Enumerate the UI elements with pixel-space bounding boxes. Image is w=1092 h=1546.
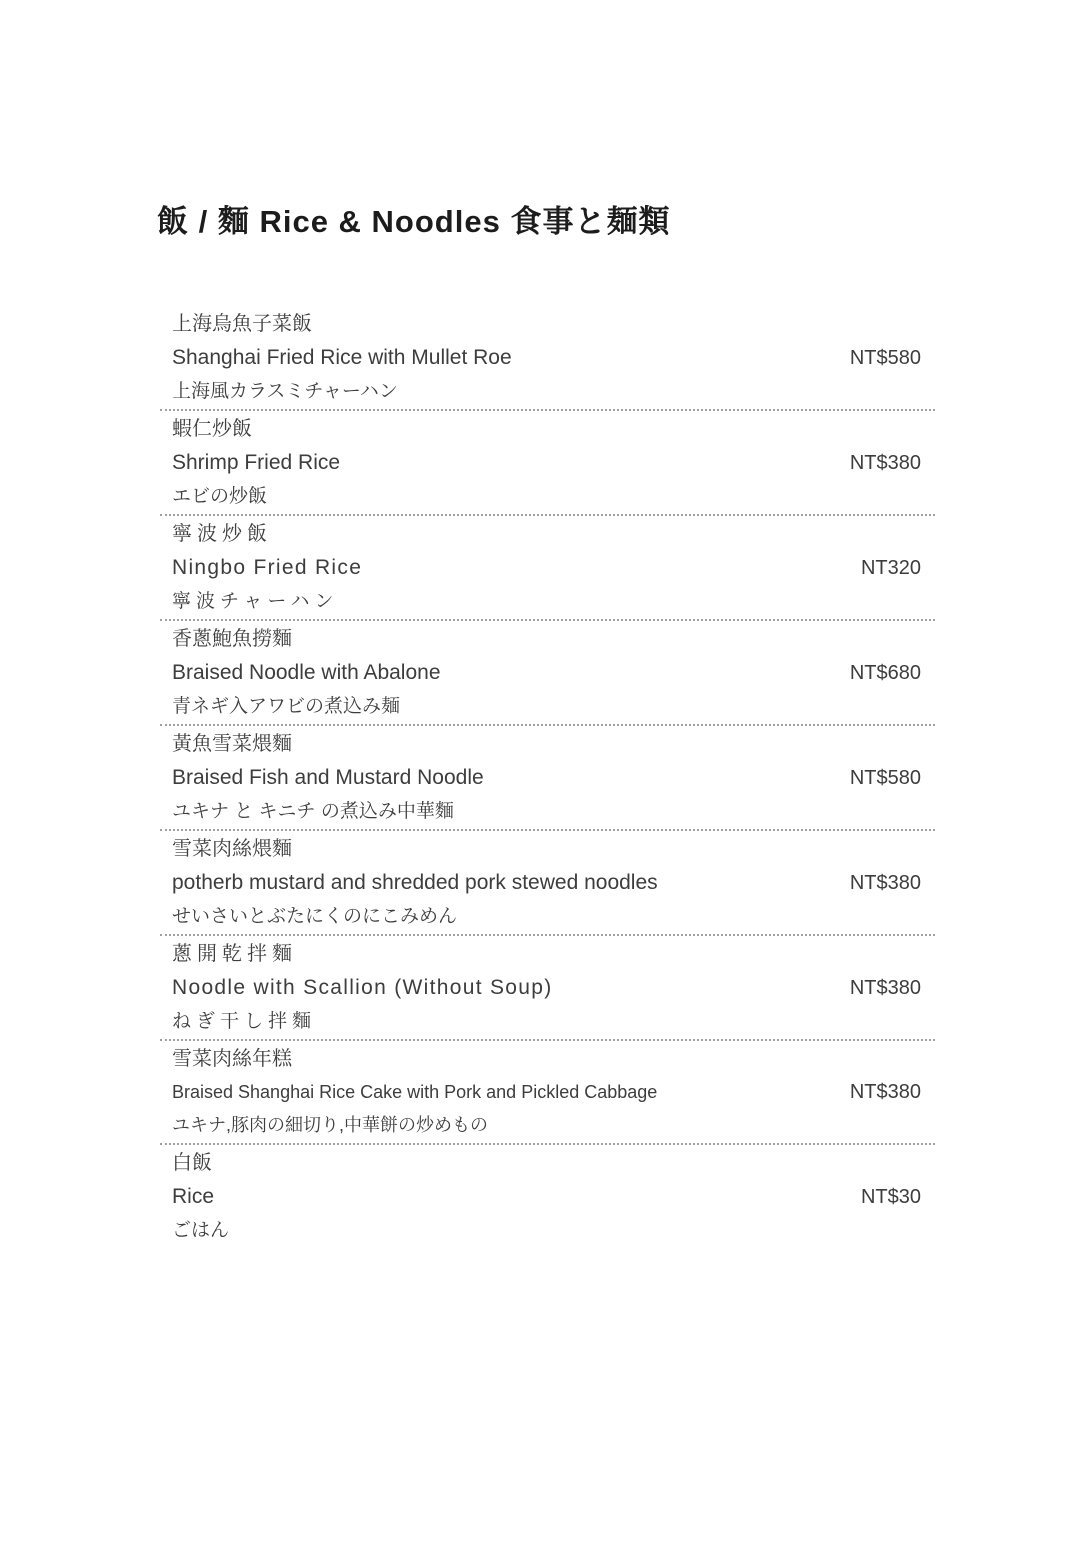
item-price: NT$380 — [850, 867, 921, 900]
item-english-price-row: Shrimp Fried RiceNT$380 — [172, 446, 921, 480]
item-name-en: Shrimp Fried Rice — [172, 446, 340, 479]
item-name-zh: 寧波炒飯 — [172, 518, 921, 551]
item-name-zh: 雪菜肉絲年糕 — [172, 1043, 921, 1076]
item-english-price-row: Ningbo Fried RiceNT320 — [172, 551, 921, 585]
item-price: NT$380 — [850, 972, 921, 1005]
item-english-price-row: Braised Shanghai Rice Cake with Pork and… — [172, 1076, 921, 1109]
item-name-ja: エビの炒飯 — [172, 480, 921, 513]
item-price: NT320 — [861, 552, 921, 585]
item-name-ja: 寧波チャーハン — [172, 585, 921, 618]
item-name-ja: ユキナ と キニチ の煮込み中華麵 — [172, 795, 921, 828]
item-name-en: Shanghai Fried Rice with Mullet Roe — [172, 341, 512, 374]
item-name-zh: 上海烏魚子菜飯 — [172, 308, 921, 341]
item-name-zh: 蝦仁炒飯 — [172, 413, 921, 446]
item-name-ja: ユキナ,豚肉の細切り,中華餅の炒めもの — [172, 1109, 921, 1142]
item-price: NT$380 — [850, 447, 921, 480]
menu-item: 香蔥鮑魚撈麵Braised Noodle with AbaloneNT$680青… — [160, 621, 935, 726]
item-english-price-row: RiceNT$30 — [172, 1180, 921, 1214]
menu-item: 蔥開乾拌麵Noodle with Scallion (Without Soup)… — [160, 936, 935, 1041]
item-name-en: Braised Shanghai Rice Cake with Pork and… — [172, 1076, 657, 1109]
item-name-ja: ごはん — [172, 1214, 921, 1247]
item-price: NT$580 — [850, 342, 921, 375]
item-name-zh: 白飯 — [172, 1147, 921, 1180]
page-title: 飯 / 麵 Rice & Noodles 食事と麺類 — [157, 196, 670, 241]
item-english-price-row: Noodle with Scallion (Without Soup)NT$38… — [172, 971, 921, 1005]
menu-item: 寧波炒飯Ningbo Fried RiceNT320寧波チャーハン — [160, 516, 935, 621]
item-name-ja: 青ネギ入アワビの煮込み麺 — [172, 690, 921, 723]
menu-item: 雪菜肉絲年糕Braised Shanghai Rice Cake with Po… — [160, 1041, 935, 1145]
item-english-price-row: Braised Fish and Mustard NoodleNT$580 — [172, 761, 921, 795]
item-name-en: Braised Fish and Mustard Noodle — [172, 761, 484, 794]
item-price: NT$680 — [850, 657, 921, 690]
menu-item: 上海烏魚子菜飯Shanghai Fried Rice with Mullet R… — [160, 306, 935, 411]
item-name-ja: ねぎ干し拌麵 — [172, 1005, 921, 1038]
menu-item: 雪菜肉絲煨麵potherb mustard and shredded pork … — [160, 831, 935, 936]
item-english-price-row: potherb mustard and shredded pork stewed… — [172, 866, 921, 900]
item-price: NT$380 — [850, 1076, 921, 1109]
item-name-zh: 雪菜肉絲煨麵 — [172, 833, 921, 866]
menu-page: 飯 / 麵 Rice & Noodles 食事と麺類 上海烏魚子菜飯Shangh… — [0, 0, 1092, 1546]
item-name-en: Braised Noodle with Abalone — [172, 656, 441, 689]
menu-item: 白飯RiceNT$30ごはん — [160, 1145, 935, 1248]
item-name-zh: 黃魚雪菜煨麵 — [172, 728, 921, 761]
item-name-ja: せいさいとぶたにくのにこみめん — [172, 900, 921, 933]
item-name-zh: 蔥開乾拌麵 — [172, 938, 921, 971]
item-price: NT$30 — [861, 1181, 921, 1214]
menu-item: 蝦仁炒飯Shrimp Fried RiceNT$380エビの炒飯 — [160, 411, 935, 516]
item-name-zh: 香蔥鮑魚撈麵 — [172, 623, 921, 656]
item-english-price-row: Shanghai Fried Rice with Mullet RoeNT$58… — [172, 341, 921, 375]
item-name-en: potherb mustard and shredded pork stewed… — [172, 866, 658, 899]
item-price: NT$580 — [850, 762, 921, 795]
menu-list: 上海烏魚子菜飯Shanghai Fried Rice with Mullet R… — [160, 306, 935, 1248]
item-english-price-row: Braised Noodle with AbaloneNT$680 — [172, 656, 921, 690]
item-name-en: Ningbo Fried Rice — [172, 551, 362, 584]
item-name-en: Rice — [172, 1180, 214, 1213]
menu-item: 黃魚雪菜煨麵Braised Fish and Mustard NoodleNT$… — [160, 726, 935, 831]
item-name-en: Noodle with Scallion (Without Soup) — [172, 971, 553, 1004]
item-name-ja: 上海風カラスミチャーハン — [172, 375, 921, 408]
